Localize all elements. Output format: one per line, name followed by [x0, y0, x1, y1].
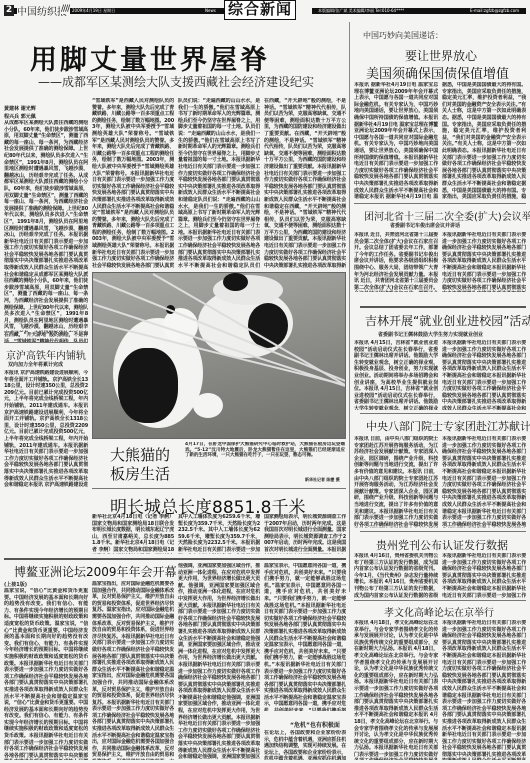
divider	[354, 600, 526, 601]
lead-body-4: 队员们说：“走遍西藏的山山水水，是我们一生的骄傲。”他们在雪域高原上书写了新时期…	[178, 98, 260, 268]
photo-credit: 新华社记者 陈燮 摄	[305, 477, 340, 483]
divider	[354, 203, 526, 204]
filial-body-2: 本报讯据新华社电近日有关部门表示要进一步加强工作力度切实做好各项工作确保经济社会…	[442, 620, 526, 760]
boao-body-4: 温家宝表示，中国愿意同各国一道，携手应对危机，共创美好未来。“只要我们携手努力，…	[264, 563, 346, 711]
greatwall-body-2: 其中人工墙体长度为6259.6千米，壕堑长度为359.7千米，天然险长度为223…	[178, 514, 260, 554]
jilin-body-1: 本报讯 4月15日，吉林省“就业创业进校园”活动启动仪式在长春举行，省委副书记王…	[354, 340, 438, 410]
masthead-slashes: ////	[60, 4, 70, 14]
us-debt-headline-1: 要让世界放心	[405, 47, 477, 64]
boao-section-head: “危机”也有积极面	[290, 720, 340, 729]
hebei-body-1: 本报讯 近日，共青团河北省第十三届委员会第二次全体(扩大)会议在石家庄召开。会议…	[354, 232, 438, 292]
lead-headline: 用脚丈量世界屋脊	[30, 38, 270, 77]
lead-byline-2: 程兴兵 郭元佩	[4, 113, 36, 120]
photo-feature-title: 大熊猫的 板房生活	[110, 446, 170, 484]
boao-body-3: 他强调，亚洲国家要加强区域合作，推动亚洲一体化进程，在应对危机中发挥更大作用，为…	[178, 563, 260, 760]
us-debt-body-2: 据悉，中国是美国国债最大的持有国。专家指出，美国应采取负责任的措施，稳定美元汇率…	[442, 82, 526, 200]
greatwall-body-1: 新华社北京4月18日电（记者 李舸）国家文物局和国家测绘局18日联合发布明长城长…	[92, 514, 174, 554]
lead-byline-1: 黄建林 谢光辉	[4, 105, 36, 112]
section-title: 综合新闻	[224, 0, 296, 20]
jilin-subheadline: 省委副书记王儒林鼓励大学生努力实现就业创业	[378, 331, 483, 338]
rail-body: 本报讯 京沪高速铁路建设进展顺利，今年将全面开工并铺轨。京沪高铁全长1318公里…	[4, 370, 88, 488]
us-debt-body-1: 本报讯 据新华社4月19日电 温家宝总理在博鳌亚洲论坛2009年年会开幕式上表示…	[354, 82, 438, 200]
issue-date: 2009年4月19日 星期日	[72, 8, 115, 14]
guizhou-body-2: 本报讯据新华社电近日有关部门表示要进一步加强工作力度切实做好各项工作确保经济社会…	[442, 553, 526, 598]
lead-body-2: 在西藏，“开天辟地”般的测绘，不是神话。“雪域铁军”精神代代相传，队员们以苦为荣…	[4, 332, 88, 342]
hebei-body-2: 本报讯据新华社电近日有关部门表示要进一步加强工作力度切实做好各项工作确保经济社会…	[442, 232, 526, 292]
panda-photo	[92, 272, 346, 439]
lead-body-5: 在西藏，“开天辟地”般的测绘，不是神话。“雪域铁军”精神代代相传，队员们以苦为荣…	[264, 98, 346, 268]
filial-body-1: 本报讯 4月18日，孝文化高峰论坛在北京举行。与会专家学者围绕孝文化的传承与发展…	[354, 620, 438, 760]
divider	[360, 413, 526, 414]
contact-email: E-mail:zgfzb@zgfzb.com	[470, 8, 519, 14]
news-label: News	[205, 8, 216, 14]
hebei-subheadline: 省委副书记车俊出席会议并讲话	[390, 222, 460, 229]
photo-title-line-1: 大熊猫的	[110, 446, 170, 465]
jiangsu-headline: 中央八部门院士专家团赴江苏献计	[366, 418, 530, 434]
divider	[4, 342, 88, 343]
greatwall-body-3: 国家测绘局表示，明长城资源调查工作于2007年启动，历时两年完成。这是我国首次对…	[264, 514, 346, 554]
jilin-body-2: 本报讯据新华社电近日有关部门表示要进一步加强工作力度切实做好各项工作确保经济社会…	[442, 340, 526, 410]
us-debt-kicker: 中国巧妙向美国递话：	[363, 30, 443, 41]
lead-subheadline: ——成都军区某测绘大队支援西藏社会经济建设纪实	[38, 73, 314, 90]
boao-body-1: 温家宝说，“信心”比黄金和货币更重要。中国经济发展的基本面和长期向好的趋势没有改…	[4, 588, 88, 760]
filial-headline: 孝文化高峰论坛在京举行	[384, 604, 494, 619]
guizhou-body-1: 本报讯 4月16日，贵州省委机关刊物公布了经第三方认证的发行数据，成为国内首家公…	[354, 553, 438, 598]
divider	[360, 531, 526, 532]
hebei-headline: 团河北省十三届二次全委(扩大)会议举行	[364, 208, 530, 223]
lead-body-1: 从成都军区某测绘大队派往西藏的测绘小分队，60年来，他们徒步跋涉雪域高原，用双脚…	[4, 120, 88, 332]
boao-continued: (上接1版)	[4, 581, 27, 588]
divider	[360, 306, 526, 308]
jilin-headline: 吉林开展“就业创业进校园”活动	[365, 312, 530, 329]
panda-foot	[193, 393, 223, 418]
column-divider	[349, 22, 350, 592]
editor-line: 本版编辑/张广斌 美术编辑/李丽 Tel:010-64****	[318, 8, 404, 14]
boao-body-2: 温家宝指出，应对国际金融危机需要各国加强合作，共同推动国际金融体系改革，反对贸易…	[92, 581, 174, 760]
boao-body-5: 在论坛上，各国政要和企业家纷纷表示，危机中蕴含着机遇，亚洲应抓住机遇加快结构调整…	[264, 730, 346, 760]
guizhou-headline: 贵州党刊公布认证发行数据	[376, 537, 508, 553]
rail-subheadline: 双向加力全年将累计完成	[8, 361, 63, 368]
divider	[92, 488, 346, 489]
rail-headline: 京沪高铁年内铺轨	[6, 347, 86, 362]
page-number: 2	[4, 5, 14, 16]
photo-caption: 4月17日，在卧龙中国保护大熊猫研究中心临时救护站，大熊猫在板房边玩耍嬉戏。“5…	[185, 442, 345, 482]
panda-3-patch	[223, 273, 248, 291]
panda-1-patch	[118, 348, 178, 423]
boao-headline: 博鳌亚洲论坛2009年年会开幕	[14, 563, 177, 580]
lead-body-3: “雪域铁军”是西藏人民对测绘队员的赞誉。多年来，测绘大队先后完成了青藏铁路、川藏…	[92, 98, 174, 268]
us-debt-headline-2: 美国须确保国债保值增值	[366, 63, 509, 82]
divider	[4, 558, 346, 560]
photo-title-line-2: 板房生活	[110, 465, 170, 484]
masthead: 2 中国纺织报 //// 2009年4月19日 星期日 News 综合新闻 本版…	[0, 0, 530, 18]
jiangsu-body-2: 本报讯据新华社电近日有关部门表示要进一步加强工作力度切实做好各项工作确保经济社会…	[442, 436, 526, 528]
jiangsu-body-1: 本报讯 日前，由中央八部门组织的院士专家团赴江苏开展咨询服务活动，为江苏经济社会…	[354, 436, 438, 528]
